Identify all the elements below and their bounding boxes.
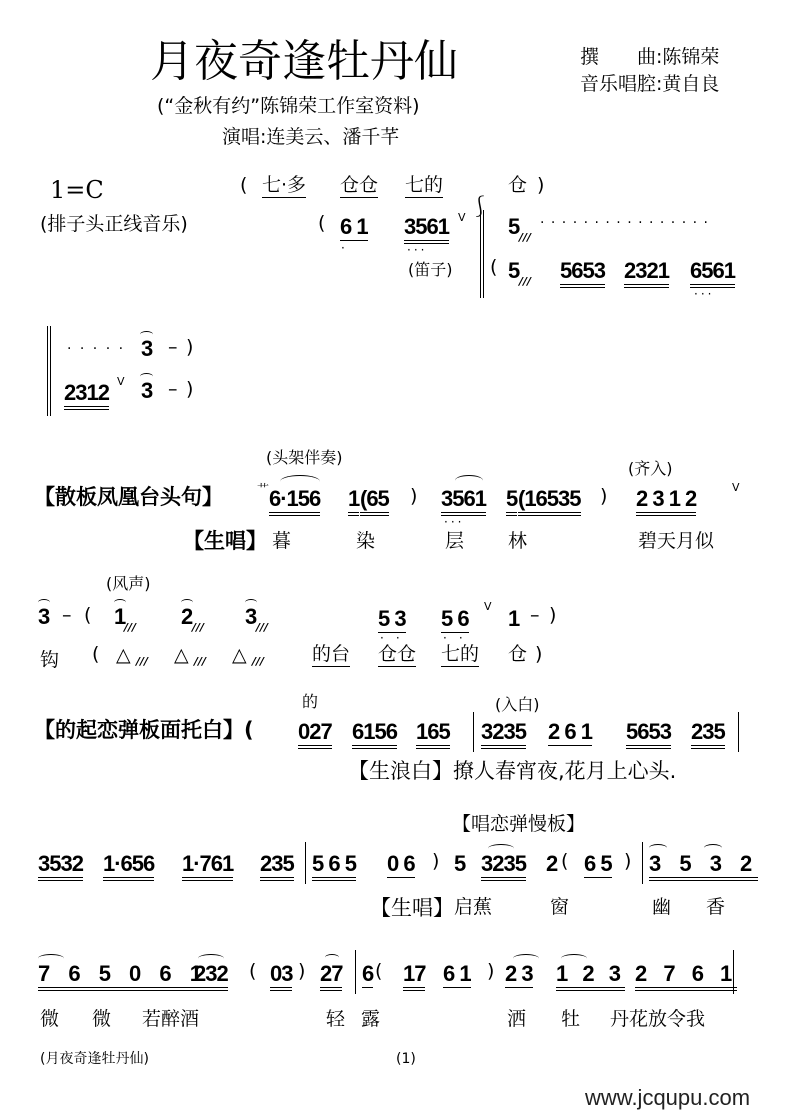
- footer-piece-title: (月夜奇逢牡丹仙): [40, 1052, 149, 1066]
- lyric: 幽: [652, 898, 671, 917]
- breath-mark: V: [484, 601, 492, 612]
- barline: [305, 842, 306, 884]
- breath-mark: V: [117, 376, 125, 387]
- dash: –: [168, 338, 178, 357]
- free-meter-mark: 艹: [257, 483, 269, 495]
- lyric: 钩: [40, 651, 59, 670]
- lyric: 暮: [272, 532, 291, 551]
- open-paren: (: [92, 645, 99, 664]
- upper-note-5: 5: [508, 216, 519, 238]
- note-group-765061: 7 6 5 0 6 1: [38, 963, 208, 991]
- close-paren: ): [186, 338, 193, 357]
- note-group-53: 5 3: [378, 608, 406, 633]
- melody-open-paren: (: [318, 214, 325, 233]
- perc-cang: 仓: [508, 645, 527, 664]
- close-paren: ): [535, 645, 542, 664]
- note-group-16535: (16535: [518, 488, 581, 516]
- note-2: 2: [546, 853, 557, 875]
- lyric: 香: [706, 898, 725, 917]
- double-barline: [47, 326, 51, 416]
- lyric: 碧天月似: [638, 532, 714, 551]
- tremolo-mark: ///: [252, 656, 264, 667]
- watermark: www.jcqupu.com: [585, 1087, 750, 1109]
- key-signature: 1=C: [50, 178, 104, 202]
- tremolo-mark: ///: [519, 276, 531, 287]
- note-group-027: 027: [298, 721, 332, 749]
- note-group-6156: 6·156: [269, 488, 320, 516]
- note-group-61: 6 1: [443, 963, 471, 988]
- barline: [738, 712, 739, 752]
- instrument-label-dizi: (笛子): [408, 262, 453, 278]
- low-octave-dots: ···: [444, 516, 464, 528]
- note-2-fermata: 2: [181, 606, 192, 628]
- lyric: 微: [40, 1010, 59, 1029]
- sustain-dots: · · · · · · · · · · · · · · · ·: [540, 216, 709, 230]
- lower-open-paren: (: [490, 258, 497, 277]
- perc-triangle: △: [174, 646, 189, 665]
- perc-qi-de: 七的: [405, 176, 443, 198]
- dash: –: [530, 606, 540, 625]
- note-group-123: 1 2 3: [556, 963, 625, 991]
- tremolo-mark: ///: [194, 656, 206, 667]
- annotation-de: 的: [302, 694, 318, 710]
- close-paren: ): [410, 487, 417, 506]
- note-1: 1: [508, 608, 519, 630]
- tremolo-mark: ///: [192, 622, 204, 633]
- note-group-61: 6 1: [340, 216, 368, 241]
- note-group-165: 165: [416, 721, 450, 749]
- close-paren: ): [186, 380, 193, 399]
- note-group-2761: 2 7 6 1: [635, 963, 737, 991]
- note-5: 5: [454, 853, 465, 875]
- note-group-65: (65: [360, 488, 389, 516]
- arranger-credit: 音乐唱腔:黄自良: [580, 75, 719, 94]
- annotation-toujia: (头架伴奏): [266, 450, 343, 466]
- slur-icon: [455, 475, 483, 486]
- lyric: 洒: [507, 1010, 526, 1029]
- role-label: 【生唱】: [370, 898, 454, 919]
- note-group-3235: 3235: [481, 721, 526, 749]
- barline: [733, 950, 734, 994]
- lyric: 启蕉: [454, 898, 492, 917]
- perc-qi-duo: 七·多: [262, 176, 306, 198]
- dash: –: [168, 380, 178, 399]
- role-label: 【生唱】: [183, 531, 267, 552]
- note-group-235: 235: [260, 853, 294, 881]
- note-group-3235: 3235: [481, 853, 526, 881]
- performers: 演唱:连美云、潘千芊: [222, 128, 399, 147]
- note-group-5653: 5653: [560, 260, 605, 288]
- note-3-fermata: 3: [141, 380, 152, 402]
- perc-open-paren: (: [240, 176, 247, 195]
- perc-triangle: △: [232, 646, 247, 665]
- double-barline: [480, 210, 484, 298]
- note-group-56: 5 6: [441, 608, 469, 633]
- barline: [473, 712, 474, 752]
- lower-note-5: 5: [508, 260, 519, 282]
- note-3-fermata: 3: [38, 606, 49, 628]
- composer-credit: 撰 曲:陈锦荣: [580, 48, 719, 67]
- breath-mark: V: [458, 212, 466, 223]
- lyric: 林: [508, 532, 527, 551]
- note-group-5653: 5653: [626, 721, 671, 749]
- note-group-2321: 2321: [624, 260, 669, 288]
- note-group-1761: 1·761: [182, 853, 233, 881]
- note-group-3561: 3561: [404, 216, 449, 244]
- note-5: 5: [506, 488, 517, 516]
- banshi-label: 【的起恋弹板面托白】(: [34, 720, 254, 741]
- slur-icon: [325, 954, 339, 961]
- speech-line: 【生浪白】撩人春宵夜,花月上心头.: [348, 761, 676, 782]
- subtitle: (“金秋有约”陈锦荣工作室资料): [157, 97, 420, 116]
- note-6: 6: [362, 963, 373, 988]
- page-title: 月夜奇逢牡丹仙: [150, 40, 458, 84]
- open-paren: (: [84, 606, 91, 625]
- open-paren: (: [561, 852, 568, 871]
- lyric: 牡: [561, 1010, 580, 1029]
- close-paren: ): [549, 606, 556, 625]
- note-group-261: 2 6 1: [548, 721, 592, 746]
- note-group-2312: 2312: [64, 382, 109, 410]
- low-octave-dot: ·: [341, 242, 348, 254]
- lyric: 露: [361, 1010, 380, 1029]
- sustain-dots: · · · · ·: [67, 342, 125, 356]
- close-paren: ): [432, 852, 439, 871]
- note-3-fermata: 3: [141, 338, 152, 360]
- breath-mark: V: [732, 482, 740, 493]
- note-group-23: 2 3: [505, 963, 533, 988]
- note-group-3561: 3561: [441, 488, 486, 516]
- note-group-565: 5 6 5: [312, 853, 356, 881]
- note-group-2312: 2 3 1 2: [636, 488, 696, 516]
- banshi-label: 【散板凤凰台头句】: [34, 487, 223, 508]
- lyric: 染: [356, 532, 375, 551]
- perc-cang-cang: 仓仓: [340, 176, 378, 198]
- lyric: 丹花放令我: [610, 1010, 705, 1029]
- note-group-6561: 6561: [690, 260, 735, 288]
- section-label: (排子头正线音乐): [40, 215, 188, 234]
- close-paren: ): [298, 962, 305, 981]
- dash: –: [62, 606, 72, 625]
- note-1: 1: [348, 488, 359, 516]
- tremolo-mark: ///: [256, 622, 268, 633]
- low-octave-dots: ···: [407, 244, 427, 256]
- note-group-17: 17: [403, 963, 425, 991]
- note-3-fermata: 3: [245, 606, 256, 628]
- close-paren: ): [624, 852, 631, 871]
- note-group-06: 0 6: [387, 853, 415, 878]
- page-number: (1): [396, 1052, 416, 1066]
- perc-close-paren: ): [537, 176, 544, 195]
- note-group-03: 03: [270, 963, 292, 991]
- tremolo-mark: ///: [136, 656, 148, 667]
- tremolo-mark: ///: [519, 232, 531, 243]
- perc-cang-cang: 仓仓: [378, 645, 416, 667]
- note-group-3532: 3 5 3 2: [649, 853, 758, 881]
- lyric: 若醉酒: [142, 1010, 199, 1029]
- barline: [642, 842, 643, 884]
- note-group-1656: 1·656: [103, 853, 154, 881]
- note-group-235: 235: [691, 721, 725, 749]
- open-paren: (: [249, 962, 256, 981]
- annotation-rubai: (入白): [495, 697, 540, 713]
- note-group-6156: 6156: [352, 721, 397, 749]
- note-group-232: 232: [194, 963, 228, 991]
- lyric: 轻: [326, 1010, 345, 1029]
- note-group-65: 6 5: [584, 853, 612, 878]
- close-paren: ): [600, 487, 607, 506]
- open-paren: (: [375, 962, 382, 981]
- banshi-label: 【唱恋弹慢板】: [452, 815, 585, 834]
- low-octave-dots: ···: [694, 288, 714, 300]
- lyric: 微: [92, 1010, 111, 1029]
- barline: [355, 950, 356, 994]
- annotation-qiru: (齐入): [628, 461, 673, 477]
- perc-triangle: △: [116, 646, 131, 665]
- close-paren: ): [487, 962, 494, 981]
- tremolo-mark: ///: [124, 622, 136, 633]
- perc-de-tai: 的台: [312, 645, 350, 667]
- note-group-3532: 3532: [38, 853, 83, 881]
- lyric: 层: [445, 532, 464, 551]
- perc-qi-de: 七的: [441, 645, 479, 667]
- brace-top: ⎰: [470, 190, 490, 219]
- annotation-fengsheng: (风声): [106, 576, 151, 592]
- lyric: 窗: [550, 898, 569, 917]
- perc-cang: 仓: [508, 176, 527, 195]
- note-group-27: 27: [320, 963, 342, 991]
